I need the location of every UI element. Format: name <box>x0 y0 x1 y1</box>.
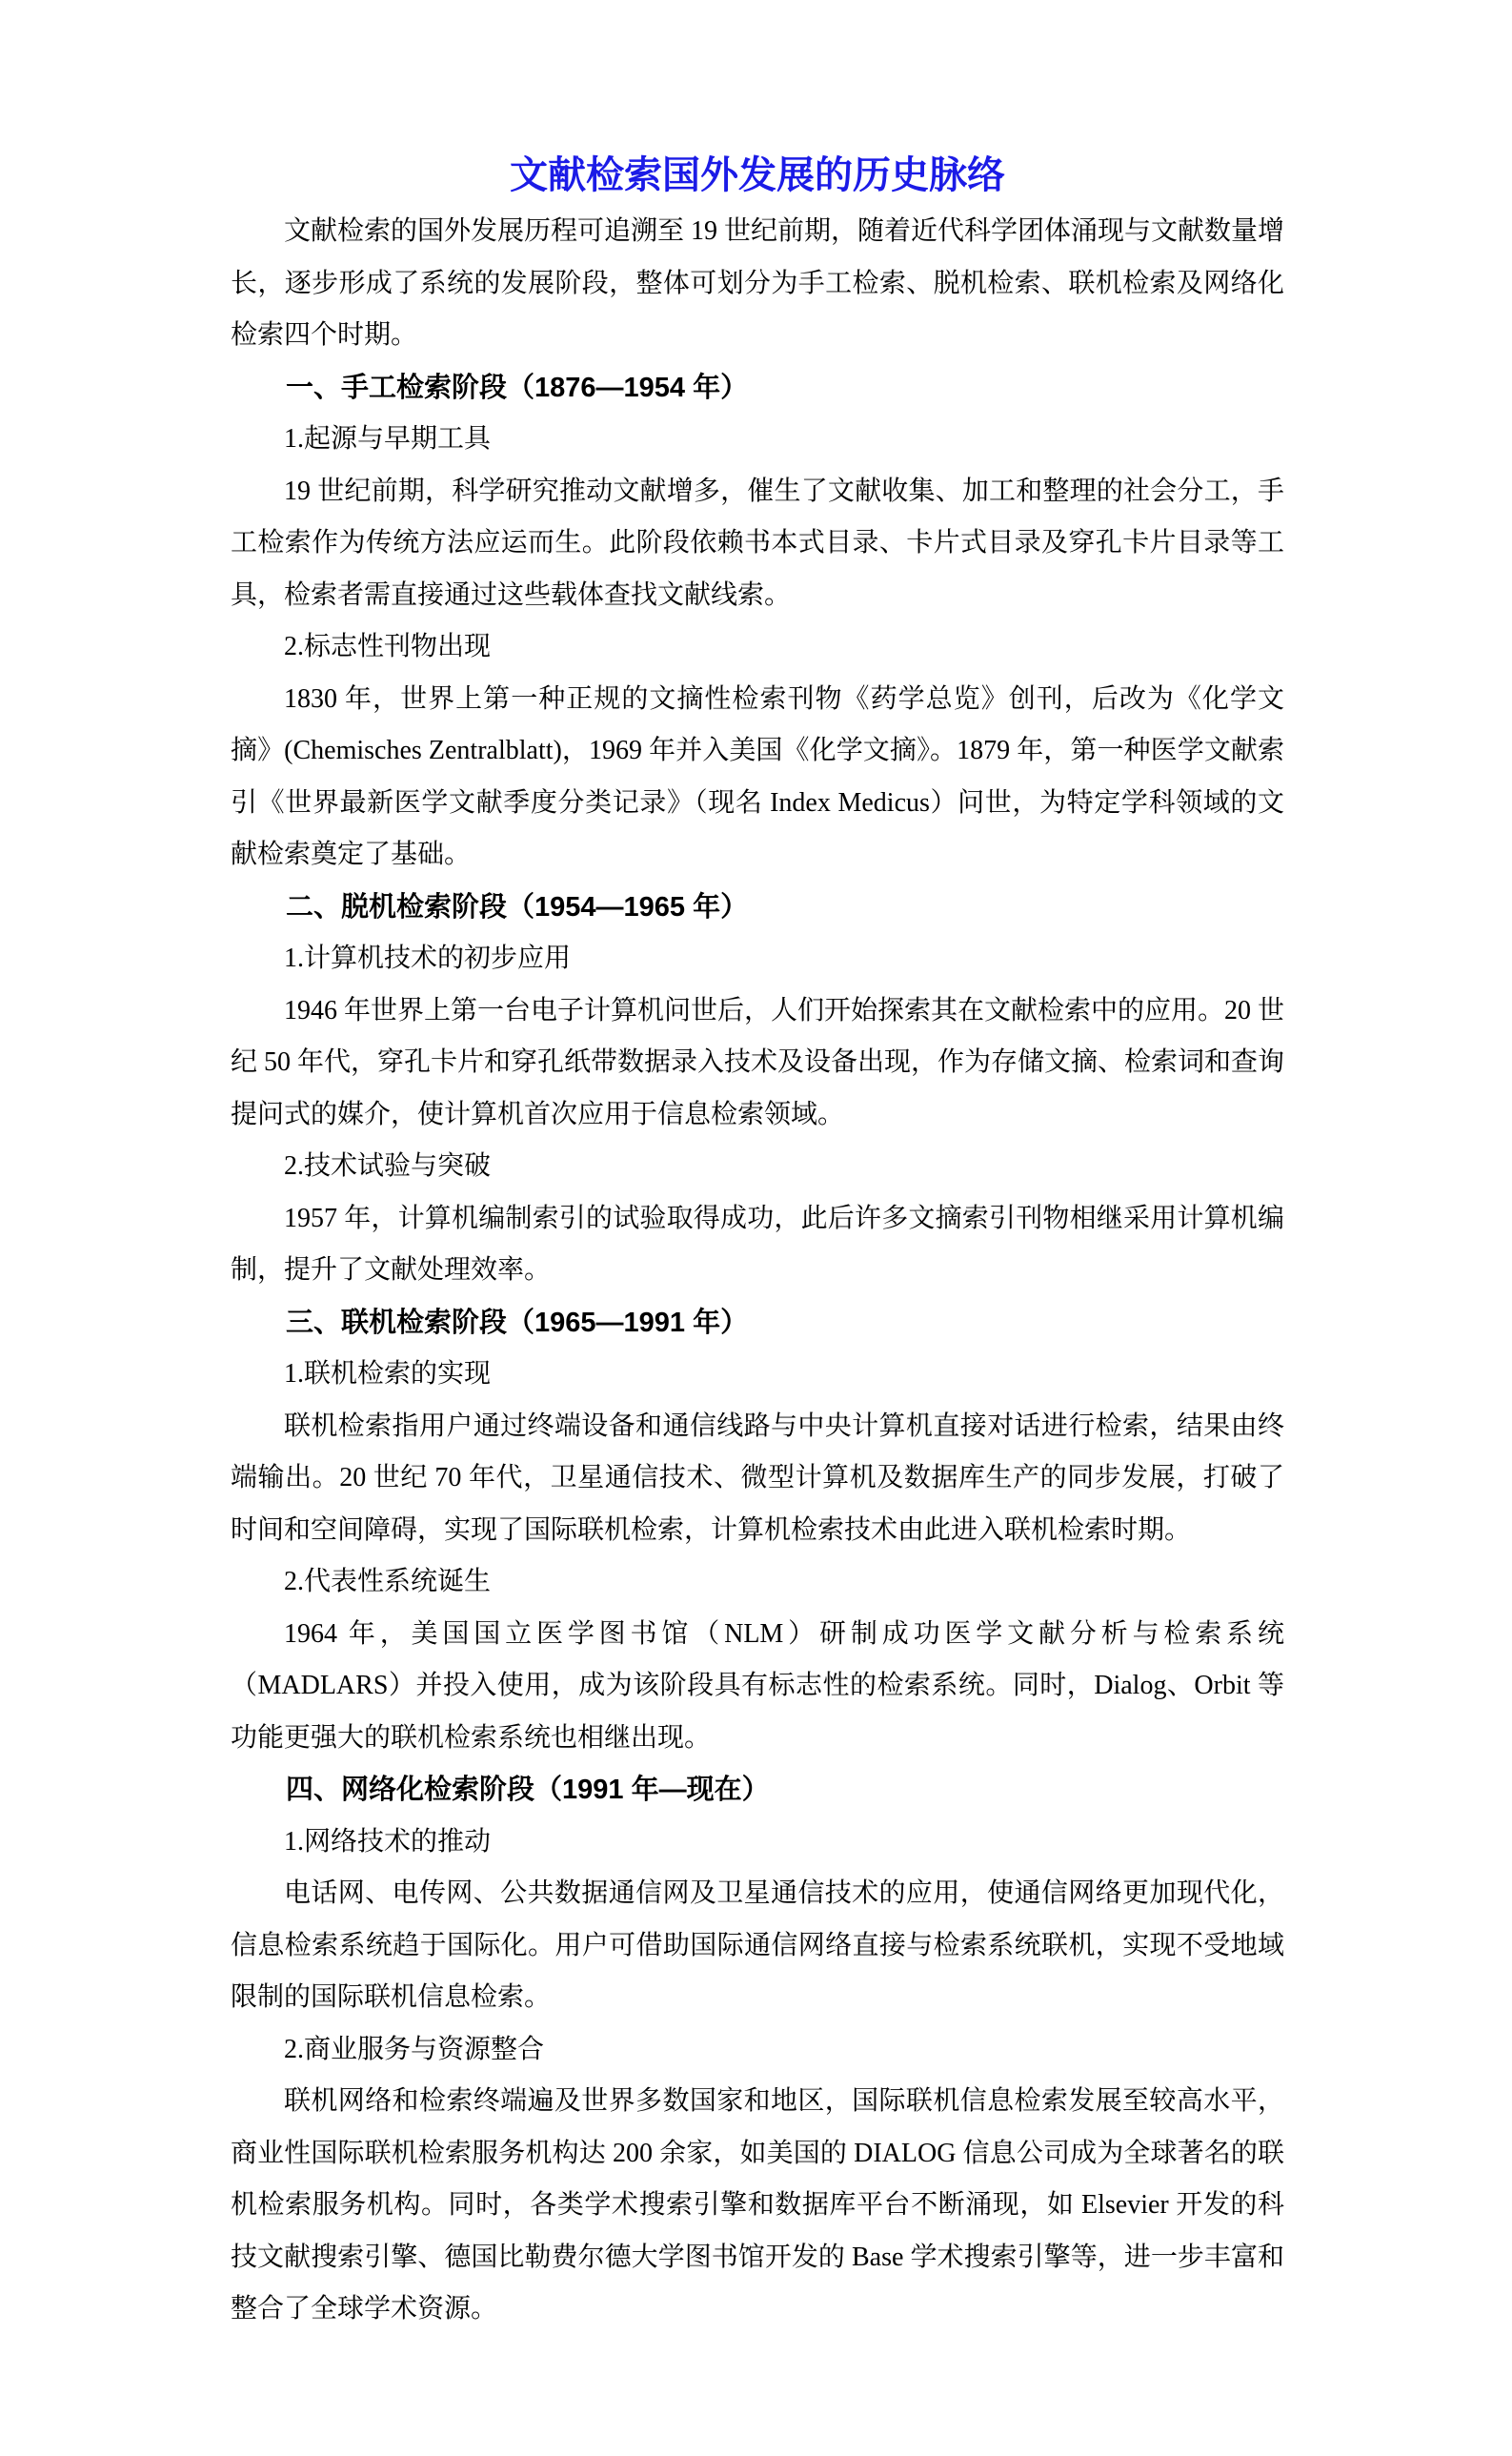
document-body: 文献检索的国外发展历程可追溯至 19 世纪前期，随着近代科学团体涌现与文献数量增… <box>231 206 1284 2336</box>
subsection-heading: 2.商业服务与资源整合 <box>231 2024 1284 2077</box>
subsection-heading: 1.起源与早期工具 <box>231 414 1284 466</box>
section-heading: 一、手工检索阶段（1876—1954 年） <box>231 362 1284 415</box>
section-heading: 四、网络化检索阶段（1991 年—现在） <box>231 1764 1284 1817</box>
paragraph: 联机检索指用户通过终端设备和通信线路与中央计算机直接对话进行检索，结果由终端输出… <box>231 1401 1284 1557</box>
document-page: 文献检索国外发展的历史脉络 文献检索的国外发展历程可追溯至 19 世纪前期，随着… <box>0 0 1512 2456</box>
document-content: 文献检索国外发展的历史脉络 文献检索的国外发展历程可追溯至 19 世纪前期，随着… <box>231 145 1284 2336</box>
subsection-heading: 2.技术试验与突破 <box>231 1141 1284 1193</box>
document-title: 文献检索国外发展的历史脉络 <box>231 145 1284 206</box>
paragraph: 联机网络和检索终端遍及世界多数国家和地区，国际联机信息检索发展至较高水平，商业性… <box>231 2076 1284 2336</box>
subsection-heading: 2.代表性系统诞生 <box>231 1556 1284 1609</box>
paragraph: 1957 年，计算机编制索引的试验取得成功，此后许多文摘索引刊物相继采用计算机编… <box>231 1193 1284 1297</box>
paragraph: 1830 年，世界上第一种正规的文摘性检索刊物《药学总览》创刊，后改为《化学文摘… <box>231 674 1284 882</box>
subsection-heading: 1.网络技术的推动 <box>231 1817 1284 1869</box>
subsection-heading: 2.标志性刊物出现 <box>231 621 1284 674</box>
paragraph: 1964 年，美国国立医学图书馆（NLM）研制成功医学文献分析与检索系统（MAD… <box>231 1609 1284 1765</box>
subsection-heading: 1.联机检索的实现 <box>231 1349 1284 1401</box>
paragraph: 1946 年世界上第一台电子计算机问世后，人们开始探索其在文献检索中的应用。20… <box>231 985 1284 1142</box>
paragraph: 19 世纪前期，科学研究推动文献增多，催生了文献收集、加工和整理的社会分工，手工… <box>231 466 1284 622</box>
paragraph: 文献检索的国外发展历程可追溯至 19 世纪前期，随着近代科学团体涌现与文献数量增… <box>231 206 1284 362</box>
paragraph: 电话网、电传网、公共数据通信网及卫星通信技术的应用，使通信网络更加现代化，信息检… <box>231 1868 1284 2024</box>
subsection-heading: 1.计算机技术的初步应用 <box>231 933 1284 985</box>
section-heading: 二、脱机检索阶段（1954—1965 年） <box>231 882 1284 934</box>
section-heading: 三、联机检索阶段（1965—1991 年） <box>231 1297 1284 1350</box>
